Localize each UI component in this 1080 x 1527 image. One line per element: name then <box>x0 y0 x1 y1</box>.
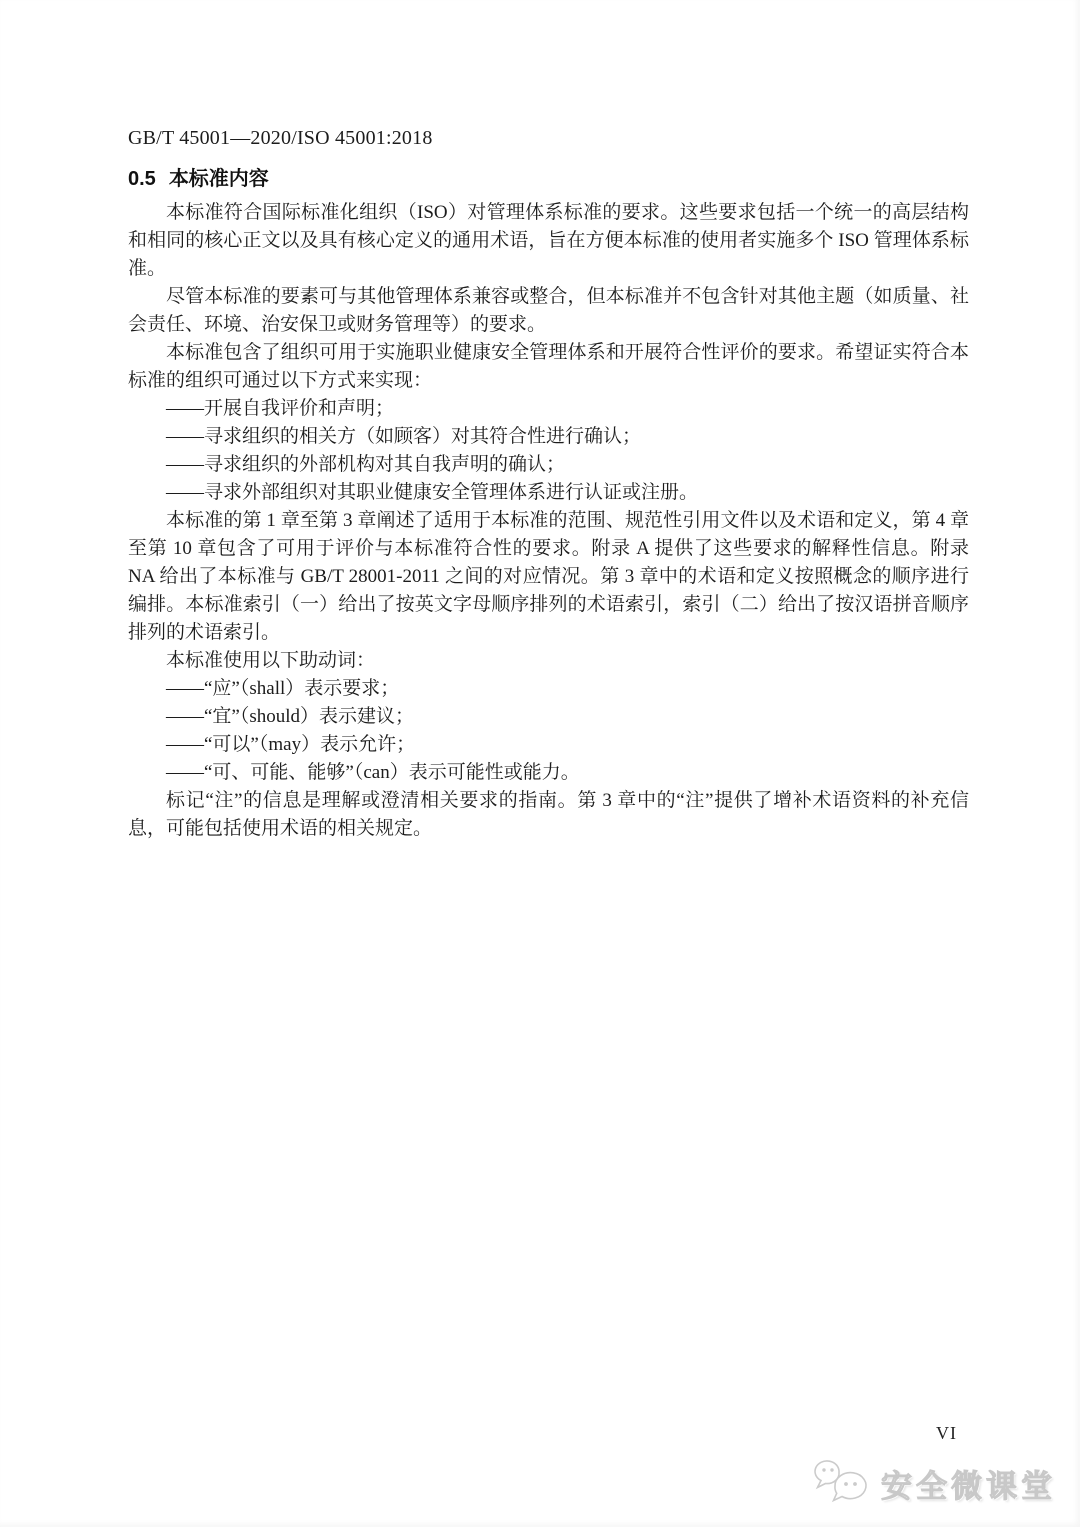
section-heading: 0.5本标准内容 <box>128 162 269 191</box>
wechat-chat-bubbles-icon <box>813 1458 871 1509</box>
document-header: GB/T 45001—2020/ISO 45001:2018 <box>128 127 433 150</box>
document-body: 本标准符合国际标准化组织（ISO）对管理体系标准的要求。这些要求包括一个统一的高… <box>128 199 969 843</box>
dash-list-item: ——寻求组织的相关方（如顾客）对其符合性进行确认； <box>128 423 969 451</box>
section-number: 0.5 <box>128 168 156 190</box>
watermark: 安全微课堂 <box>813 1458 1056 1509</box>
section-title: 本标准内容 <box>169 168 269 190</box>
dash-list-item: ——“可以”（may）表示允许； <box>128 731 969 759</box>
dash-list-item: ——开展自我评价和声明； <box>128 395 969 423</box>
dash-list-item: ——“可、可能、能够”（can）表示可能性或能力。 <box>128 759 969 787</box>
dash-list-item: ——“应”（shall）表示要求； <box>128 675 969 703</box>
paragraph: 本标准使用以下助动词： <box>128 647 969 675</box>
dash-list-item: ——寻求外部组织对其职业健康安全管理体系进行认证或注册。 <box>128 479 969 507</box>
document-page: GB/T 45001—2020/ISO 45001:2018 0.5本标准内容 … <box>0 0 1080 1527</box>
paragraph: 标记“注”的信息是理解或澄清相关要求的指南。第 3 章中的“注”提供了增补术语资… <box>128 787 969 843</box>
paragraph: 本标准包含了组织可用于实施职业健康安全管理体系和开展符合性评价的要求。希望证实符… <box>128 339 969 395</box>
paragraph: 尽管本标准的要素可与其他管理体系兼容或整合，但本标准并不包含针对其他主题（如质量… <box>128 283 969 339</box>
dash-list-item: ——“宜”（should）表示建议； <box>128 703 969 731</box>
dash-list-item: ——寻求组织的外部机构对其自我声明的确认； <box>128 451 969 479</box>
page-number: VI <box>936 1423 957 1444</box>
paragraph: 本标准的第 1 章至第 3 章阐述了适用于本标准的范围、规范性引用文件以及术语和… <box>128 507 969 647</box>
paragraph: 本标准符合国际标准化组织（ISO）对管理体系标准的要求。这些要求包括一个统一的高… <box>128 199 969 283</box>
watermark-text: 安全微课堂 <box>881 1461 1056 1506</box>
